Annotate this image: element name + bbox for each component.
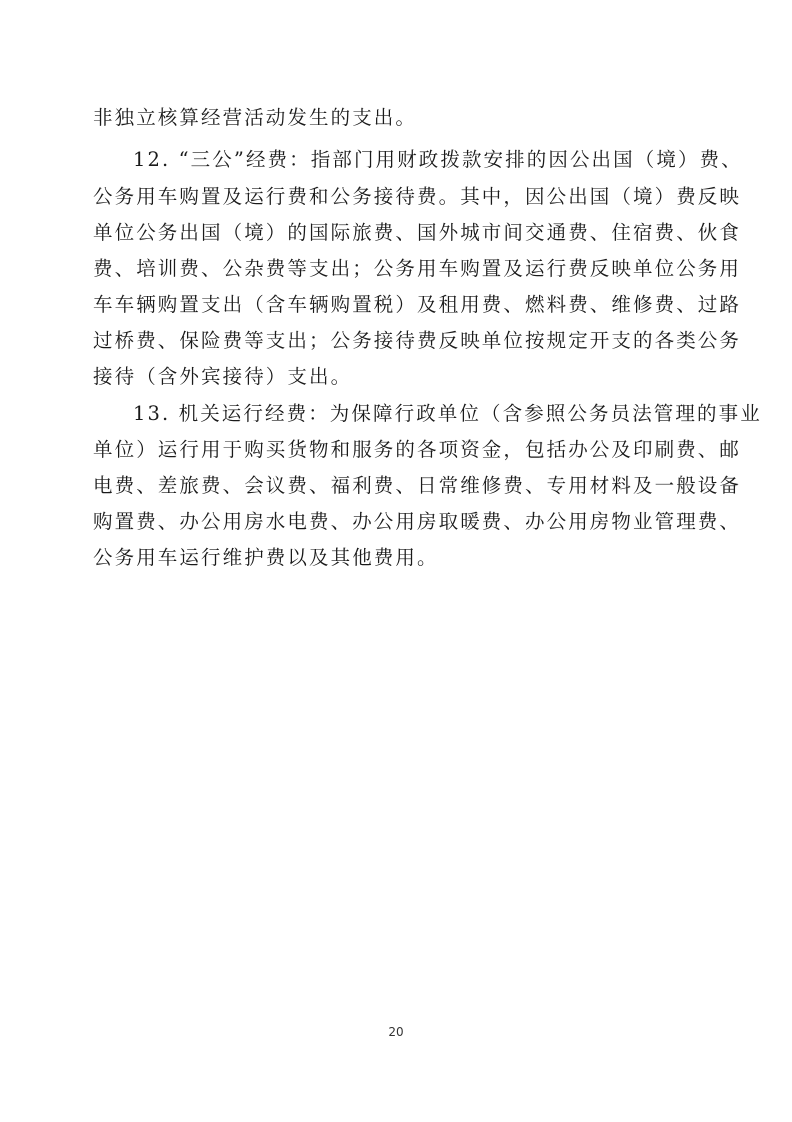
paragraph-13-heading-line: 13. 机关运行经费：为保障行政单位（含参照公务员法管理的事业 (133, 402, 773, 426)
paragraph-13-line: 单位）运行用于购买货物和服务的各项资金，包括办公及印刷费、邮 (93, 438, 733, 462)
page-number: 20 (0, 1025, 792, 1039)
paragraph-13-line: 公务用车运行维护费以及其他费用。 (93, 546, 733, 570)
paragraph-12-line: 费、培训费、公杂费等支出；公务用车购置及运行费反映单位公务用 (93, 257, 733, 281)
paragraph-12-line: 单位公务出国（境）的国际旅费、国外城市间交通费、住宿费、伙食 (93, 221, 733, 245)
paragraph-12-line: 公务用车购置及运行费和公务接待费。其中，因公出国（境）费反映 (93, 185, 733, 209)
paragraph-12-line: 接待（含外宾接待）支出。 (93, 365, 733, 389)
paragraph-12-heading-line: 12. “三公”经费：指部门用财政拨款安排的因公出国（境）费、 (133, 148, 773, 172)
paragraph-13-line: 购置费、办公用房水电费、办公用房取暖费、办公用房物业管理费、 (93, 510, 733, 534)
text-line-continuation: 非独立核算经营活动发生的支出。 (93, 106, 733, 130)
paragraph-13-line: 电费、差旅费、会议费、福利费、日常维修费、专用材料及一般设备 (93, 474, 733, 498)
paragraph-12-line: 车车辆购置支出（含车辆购置税）及租用费、燃料费、维修费、过路 (93, 293, 733, 317)
paragraph-12-line: 过桥费、保险费等支出；公务接待费反映单位按规定开支的各类公务 (93, 329, 733, 353)
document-page: 非独立核算经营活动发生的支出。 12. “三公”经费：指部门用财政拨款安排的因公… (0, 0, 792, 1122)
